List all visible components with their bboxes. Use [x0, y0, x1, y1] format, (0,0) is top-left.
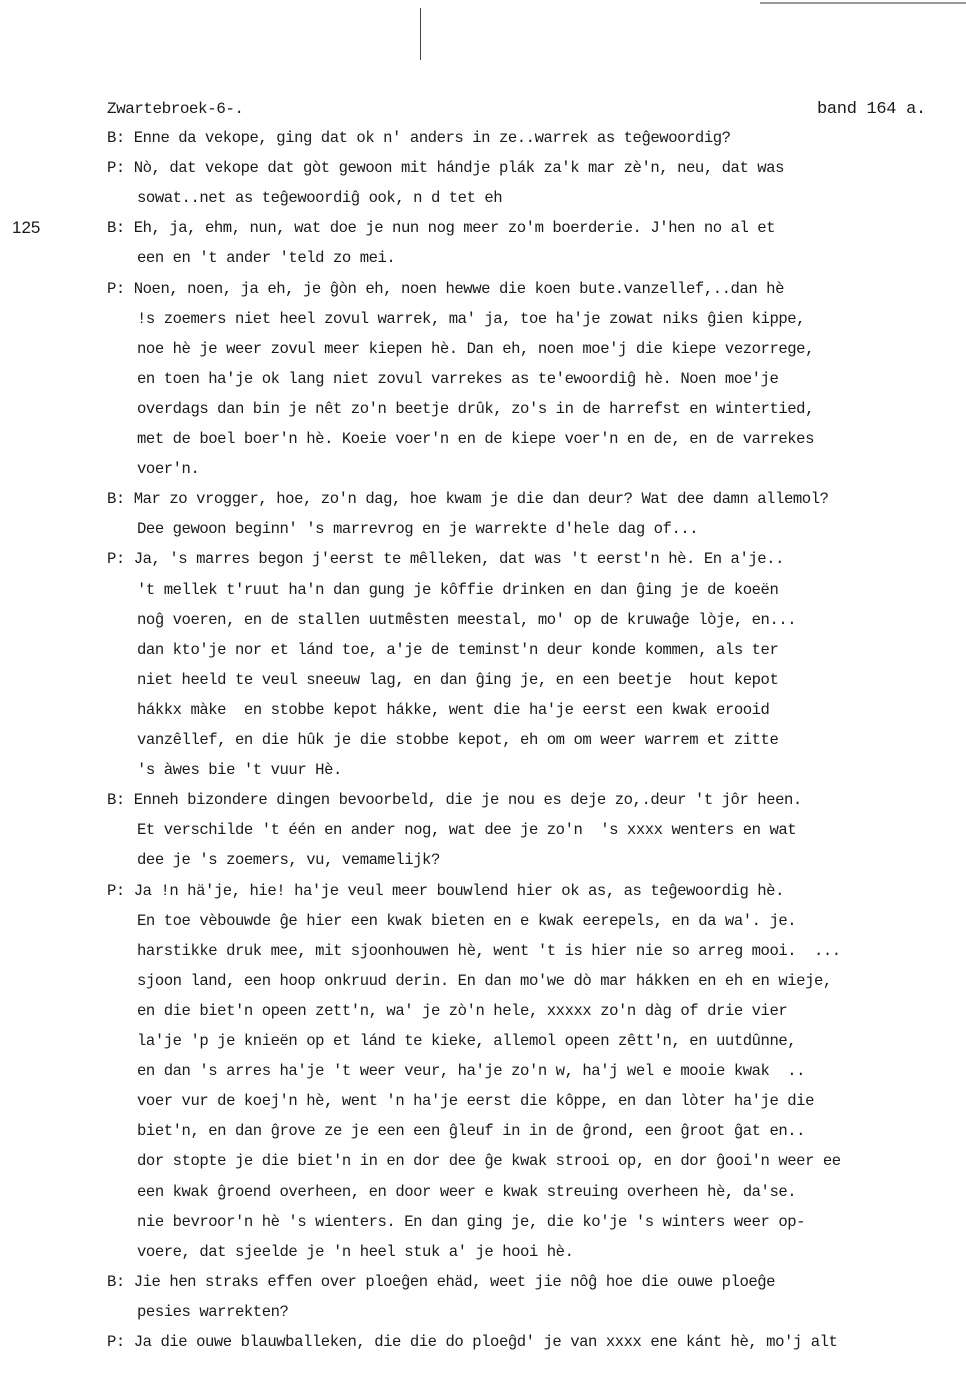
continuation-line: niet heeld te veul sneeuw lag, en dan ĝi… [137, 670, 778, 690]
continuation-line: nie bevroor'n hè 's wienters. En dan gin… [137, 1212, 805, 1232]
continuation-line: overdags dan bin je nêt zo'n beetje drûk… [137, 399, 814, 419]
continuation-line: 't mellek t'ruut ha'n dan gung je kôffie… [137, 580, 778, 600]
continuation-line: voer'n. [137, 459, 199, 479]
speaker-line: B: Jie hen straks effen over ploeĝen ehä… [107, 1272, 775, 1292]
continuation-line: la'je 'p je knieën op et lánd te kieke, … [137, 1031, 796, 1051]
continuation-line: een kwak ĝroend overheen, en door weer e… [137, 1182, 796, 1202]
speaker-line: P: Ja die ouwe blauwballeken, die die do… [107, 1332, 837, 1352]
continuation-line: en die biet'n opeen zett'n, wa' je zò'n … [137, 1001, 787, 1021]
continuation-line: noe hè je weer zovul meer kiepen hè. Dan… [137, 339, 814, 359]
continuation-line: en dan 's arres ha'je 't weer veur, ha'j… [137, 1061, 805, 1081]
continuation-line: een en 't ander 'teld zo mei. [137, 248, 395, 268]
continuation-line: voer vur de koej'n hè, went 'n ha'je eer… [137, 1091, 814, 1111]
speaker-line: B: Mar zo vrogger, hoe, zo'n dag, hoe kw… [107, 489, 829, 509]
continuation-line: Dee gewoon beginn' 's marrevrog en je wa… [137, 519, 698, 539]
scan-edge-mark [760, 2, 966, 4]
continuation-line: dee je 's zoemers, vu, vemamelijk? [137, 850, 440, 870]
speaker-line: P: Noen, noen, ja eh, je ĝòn eh, noen he… [107, 279, 784, 299]
continuation-line: Et verschilde 't één en ander nog, wat d… [137, 820, 796, 840]
continuation-line: harstikke druk mee, mit sjoonhouwen hè, … [137, 941, 841, 961]
continuation-line: biet'n, en dan ĝrove ze je een een ĝleuf… [137, 1121, 805, 1141]
continuation-line: voere, dat sjeelde je 'n heel stuk a' je… [137, 1242, 573, 1262]
speaker-line: P: Ja !n hä'je, hie! ha'je veul meer bou… [107, 881, 784, 901]
continuation-line: met de boel boer'n hè. Koeie voer'n en d… [137, 429, 814, 449]
continuation-line: dor stopte je die biet'n in en dor dee ĝ… [137, 1151, 841, 1171]
continuation-line: !s zoemers niet heel zovul warrek, ma' j… [137, 309, 805, 329]
speaker-line: P: Nò, dat vekope dat gòt gewoon mit hán… [107, 158, 784, 178]
continuation-line: noĝ voeren, en de stallen uutmêsten mees… [137, 610, 796, 630]
typewritten-transcript-page: Zwartebroek-6-. band 164 a. 125 B: Enne … [0, 0, 966, 1386]
continuation-line: 's àwes bie 't vuur Hè. [137, 760, 342, 780]
continuation-line: En toe vèbouwde ĝe hier een kwak bieten … [137, 911, 796, 931]
continuation-line: sowat..net as teĝewoordiĝ ook, n d tet e… [137, 188, 502, 208]
speaker-line: B: Enneh bizondere dingen bevoorbeld, di… [107, 790, 802, 810]
continuation-line: hákkx màke en stobbe kepot hákke, went d… [137, 700, 769, 720]
speaker-line: B: Eh, ja, ehm, nun, wat doe je nun nog … [107, 218, 775, 238]
speaker-line: B: Enne da vekope, ging dat ok n' anders… [107, 128, 731, 148]
header-title: Zwartebroek-6-. [107, 100, 244, 118]
binding-mark [420, 8, 421, 60]
continuation-line: vanzêllef, en die hûk je die stobbe kepo… [137, 730, 778, 750]
speaker-line: P: Ja, 's marres begon j'eerst te mêllek… [107, 549, 784, 569]
continuation-line: dan kto'je nor et lánd toe, a'je de temi… [137, 640, 778, 660]
margin-line-number: 125 [12, 218, 40, 238]
header-tape-number: band 164 a. [817, 100, 926, 119]
continuation-line: sjoon land, een hoop onkruud derin. En d… [137, 971, 832, 991]
continuation-line: en toen ha'je ok lang niet zovul varreke… [137, 369, 778, 389]
continuation-line: pesies warrekten? [137, 1302, 288, 1322]
